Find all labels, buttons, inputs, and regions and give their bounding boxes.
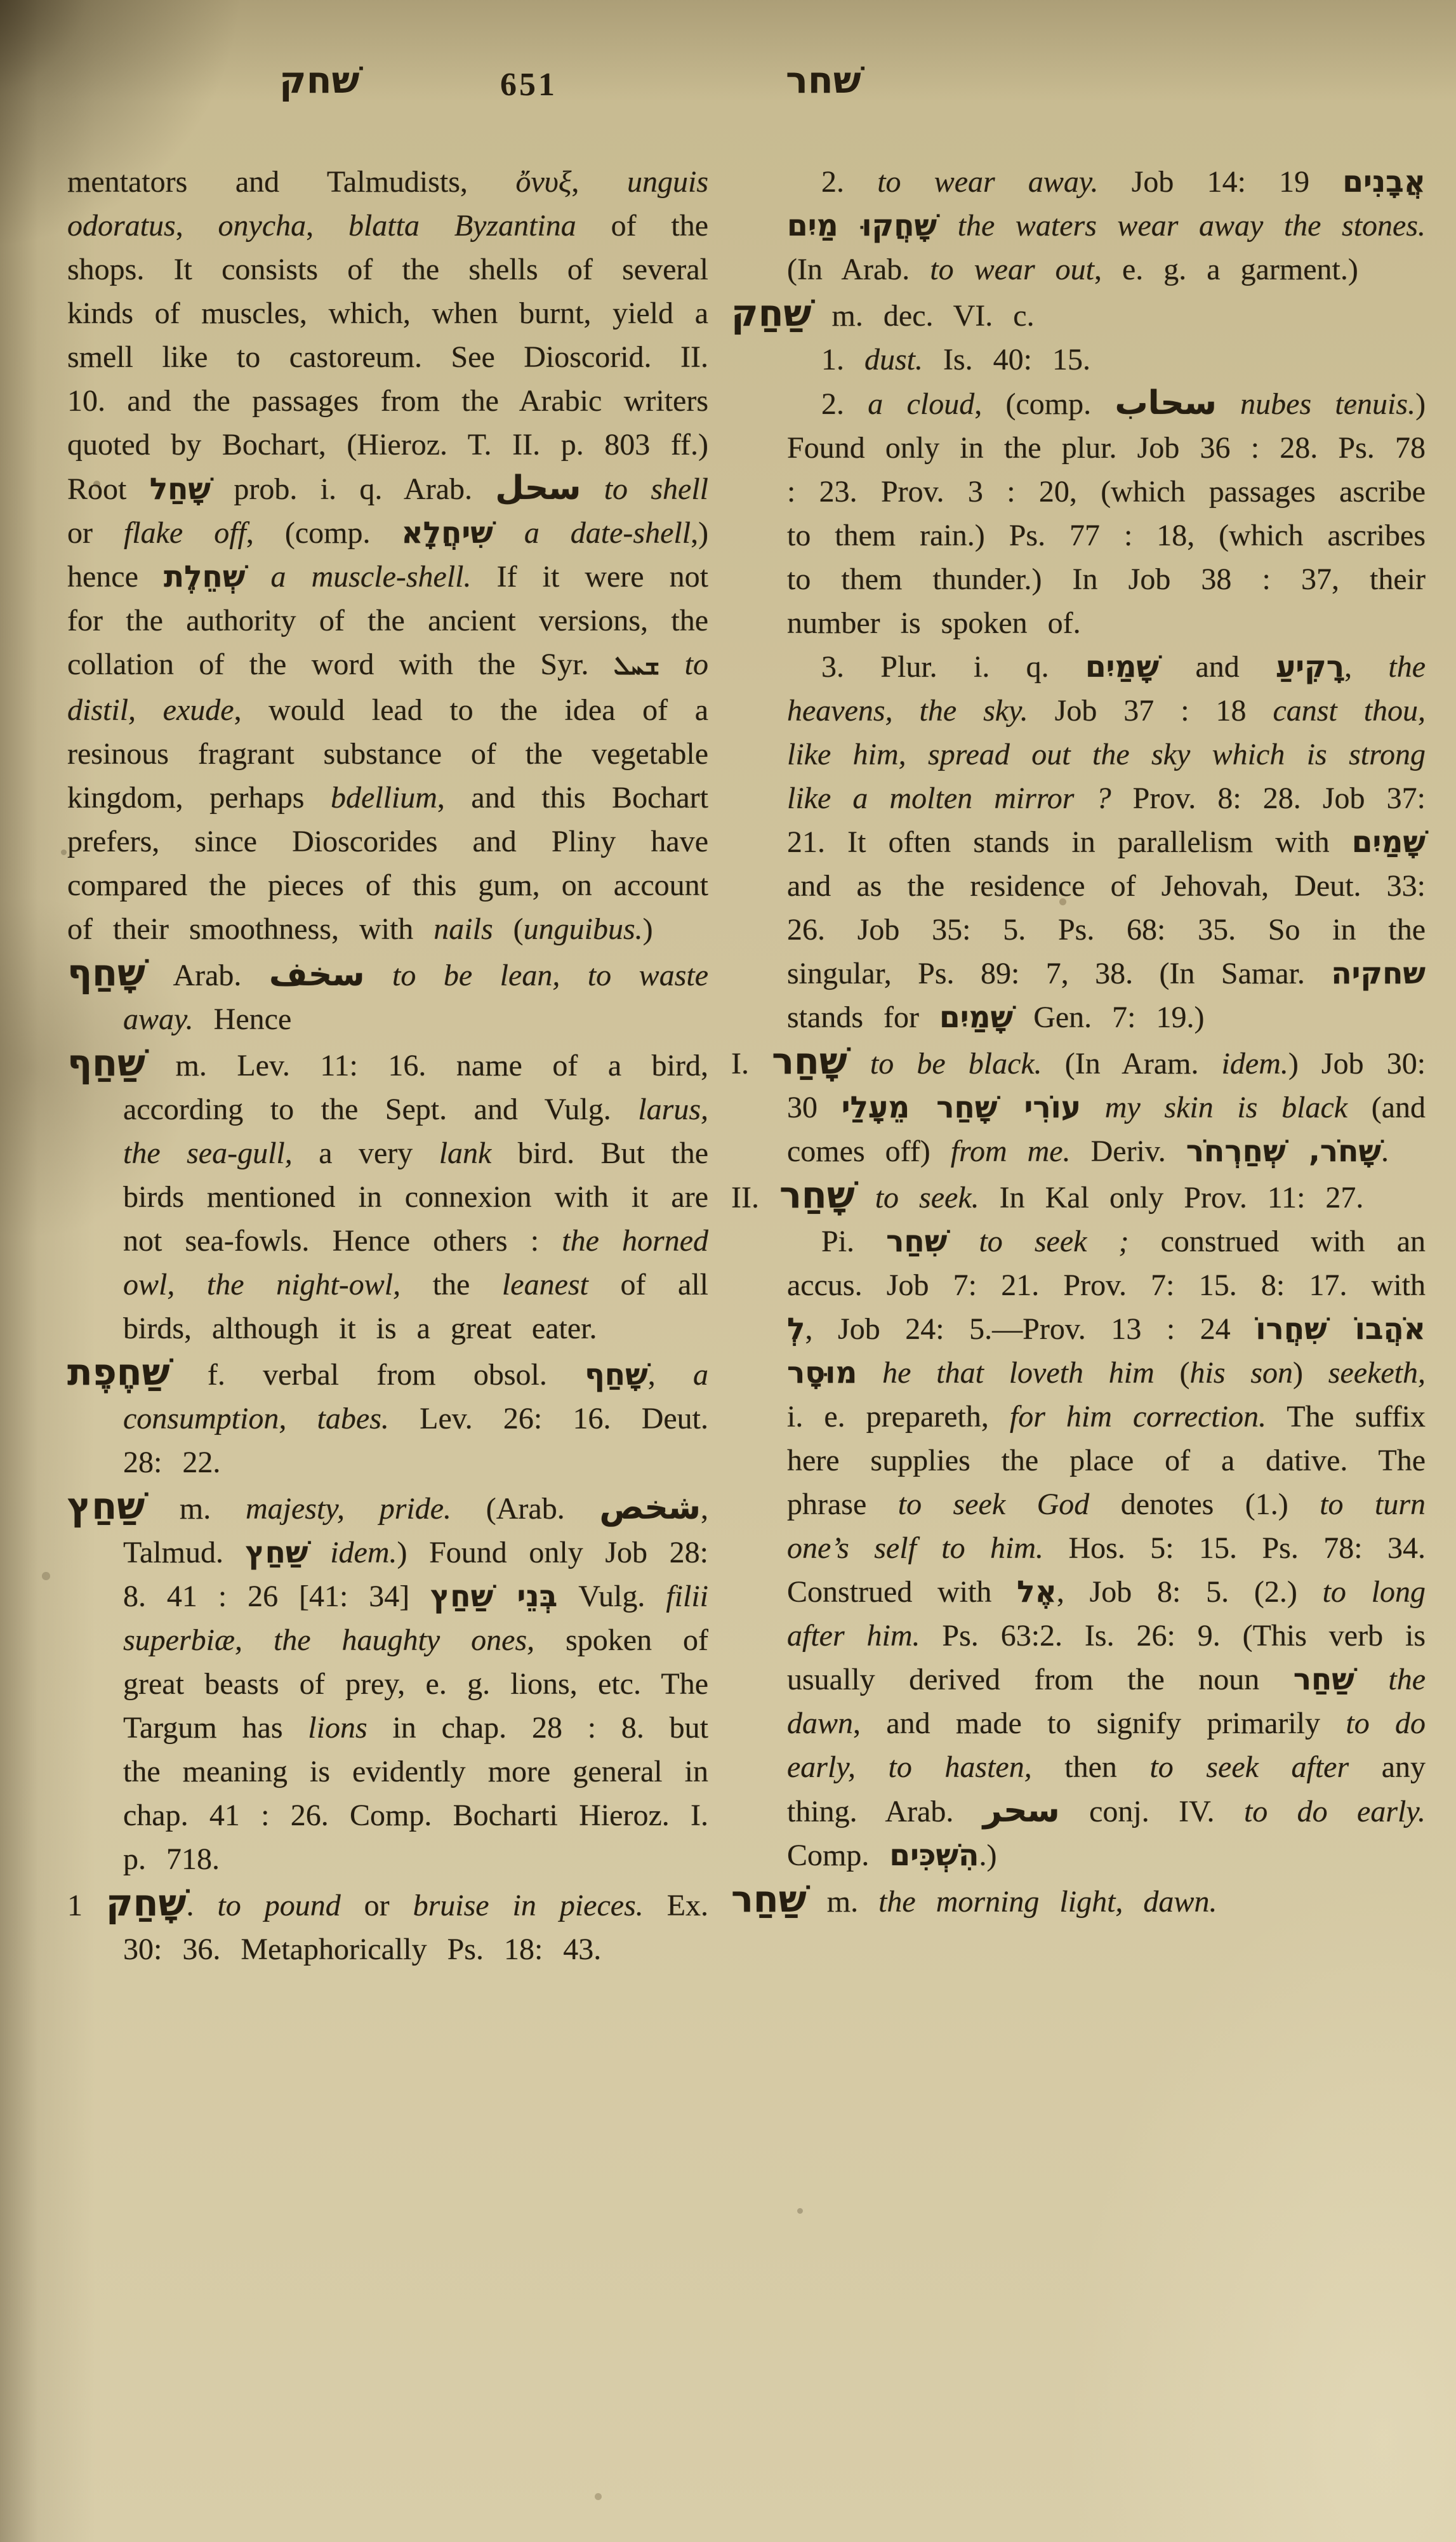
arabic-text: سحر xyxy=(983,1792,1060,1830)
hebrew-headword: שַׁחַף xyxy=(67,1041,145,1084)
text: m. xyxy=(807,1885,878,1919)
running-head-right: שׁחר xyxy=(786,58,861,102)
text: (In Aram. xyxy=(1042,1047,1222,1081)
text: m. Lev. 11: 16. name of a bird, accordin… xyxy=(123,1049,708,1126)
entry-shachats: שַׁחַץ m. majesty, pride. (Arab. شخص, Ta… xyxy=(67,1484,708,1881)
italic-text: to seek ; xyxy=(979,1225,1128,1258)
text: I. xyxy=(731,1047,772,1081)
text: Deriv. xyxy=(1071,1135,1186,1168)
italic-text: his son xyxy=(1190,1356,1293,1390)
text: 1. xyxy=(821,343,864,376)
italic-text: lions xyxy=(308,1711,367,1745)
sense-wear-away: 2. to wear away. Job 14: 19 אֲבָנִים שָׁ… xyxy=(731,160,1426,291)
sense-dust: 1. dust. Is. 40: 15. xyxy=(731,338,1426,382)
italic-text: a cloud xyxy=(868,387,974,421)
italic-text: blatta Byzantina xyxy=(348,209,576,243)
page-stain xyxy=(0,0,3,3)
text xyxy=(1217,387,1240,421)
entry-shachaq-verb: שָׁחַק 1. to pound or bruise in pieces. … xyxy=(67,1881,708,1971)
text: , xyxy=(571,165,627,199)
text: ( xyxy=(1155,1356,1190,1390)
running-head-left: שׁחק xyxy=(279,58,360,102)
text: and xyxy=(1159,650,1276,684)
italic-text: to wear away. xyxy=(877,165,1098,199)
text xyxy=(937,209,958,243)
scanned-lexicon-page: שׁחק 651 שׁחר mentators and Talmudists, … xyxy=(0,0,1456,2542)
entry-shachepheth: שַׁחֶפֶת f. verbal from obsol. שָׁחַף, a… xyxy=(67,1350,708,1484)
italic-text: lank xyxy=(439,1136,492,1170)
italic-text: to shell xyxy=(604,472,708,506)
text: or xyxy=(341,1889,413,1922)
text xyxy=(855,1181,875,1214)
hebrew-headword: שַׁחַץ xyxy=(67,1484,145,1527)
italic-text: leanest xyxy=(502,1268,588,1301)
text: Pi. xyxy=(821,1225,886,1258)
arabic-text: شخص xyxy=(599,1489,701,1527)
text: , and made to signify primarily xyxy=(853,1707,1346,1740)
italic-text: a muscle-shell. xyxy=(271,560,472,594)
hebrew-text: אֶל xyxy=(1017,1574,1057,1609)
italic-text: to pound xyxy=(217,1889,340,1922)
text: and as the residence of Jehovah, Deut. 3… xyxy=(787,869,1426,990)
hebrew-text: רָקִיעַ xyxy=(1276,649,1344,684)
text: m. dec. VI. c. xyxy=(812,299,1035,333)
text: , xyxy=(648,1358,693,1392)
text xyxy=(365,959,393,992)
text: Hence xyxy=(194,1002,292,1036)
right-column: 2. to wear away. Job 14: 19 אֲבָנִים שָׁ… xyxy=(731,160,1426,1971)
text: Job 37 : 18 xyxy=(1028,694,1273,728)
text: 2. xyxy=(821,387,868,421)
text xyxy=(659,648,684,681)
text: prob. i. q. Arab. xyxy=(211,472,495,506)
italic-text: to seek God xyxy=(898,1487,1090,1521)
text: the xyxy=(400,1268,502,1301)
text: ) xyxy=(643,912,653,946)
italic-text: seeketh, xyxy=(1328,1356,1426,1390)
entry-shachaq-noun: שַׁחַק m. dec. VI. c. xyxy=(731,291,1426,338)
text: Gen. 7: 19.) xyxy=(1013,1001,1204,1034)
hebrew-headword: שָׁחַק xyxy=(106,1881,187,1924)
entry-shachar-to-seek: II. שָׁחַר to seek. In Kal only Prov. 11… xyxy=(731,1173,1426,1220)
hebrew-text: שָׁמַיִם xyxy=(1085,649,1159,684)
italic-text: the waters wear away the stones. xyxy=(958,209,1426,243)
text xyxy=(1081,1091,1105,1124)
text: , (comp. xyxy=(246,516,402,550)
hebrew-text: שַׁחַר xyxy=(1294,1662,1354,1697)
text: m. xyxy=(145,1492,246,1526)
italic-text: idem. xyxy=(330,1536,397,1569)
text: stands for xyxy=(787,1001,939,1034)
arabic-text: سخف xyxy=(269,955,365,994)
italic-text: to be black. xyxy=(870,1047,1042,1081)
text xyxy=(947,1225,979,1258)
text: (Arab. xyxy=(451,1492,599,1526)
hebrew-text: שִׁיחֲלָא xyxy=(401,516,493,550)
text: denotes (1.) xyxy=(1089,1487,1320,1521)
hebrew-text: שִׁחַר xyxy=(886,1224,947,1259)
italic-text: from me. xyxy=(951,1135,1071,1168)
text: Vulg. xyxy=(557,1580,666,1613)
italic-text: flake off xyxy=(124,516,246,550)
text: of the shops. It consists of the shells … xyxy=(67,209,708,506)
text: , xyxy=(1344,650,1388,684)
text: (In Arab. xyxy=(787,253,930,286)
text xyxy=(581,472,604,506)
text: In Kal only Prov. 11: 27. xyxy=(979,1181,1364,1214)
entry-shachar-to-be-black: I. שָׁחַר to be black. (In Aram. idem.) … xyxy=(731,1039,1426,1173)
text: , xyxy=(176,209,218,243)
hebrew-text: בְּנֵי שַׁחַץ xyxy=(430,1579,557,1614)
text: Is. 40: 15. xyxy=(923,343,1090,376)
italic-text: the morning light, dawn. xyxy=(878,1885,1217,1919)
page-number: 651 xyxy=(500,66,557,103)
italic-text: dust. xyxy=(864,343,923,376)
text: conj. IV. xyxy=(1060,1795,1244,1828)
sense-heavens: 3. Plur. i. q. שָׁמַיִם and רָקִיעַ, the… xyxy=(731,645,1426,1039)
text: , e. g. a garment.) xyxy=(1094,253,1358,286)
text: then xyxy=(1032,1750,1150,1784)
text: Job 14: 19 xyxy=(1099,165,1343,199)
text: or xyxy=(67,516,124,550)
text: ( xyxy=(493,912,524,946)
hebrew-headword: שַׁחַר xyxy=(731,1877,807,1920)
italic-text: to do early. xyxy=(1244,1795,1426,1828)
hebrew-text: הִשְׁכִּים xyxy=(889,1838,979,1873)
hebrew-text: שָׁחַף xyxy=(585,1357,648,1392)
text: Comp. xyxy=(787,1839,889,1872)
hebrew-text: שָׁחֹר, שְׁחַרְחֹר xyxy=(1186,1134,1381,1169)
text: , xyxy=(306,209,348,243)
text xyxy=(245,560,270,594)
hebrew-headword: שַׁחַק xyxy=(731,291,812,335)
text: ) Found only in the plur. Job 36 : 28. P… xyxy=(787,387,1426,640)
italic-text: idem. xyxy=(1222,1047,1288,1081)
greek-text: ὄνυξ xyxy=(516,165,572,199)
entry-shecheleth-continuation: mentators and Talmudists, ὄνυξ, unguis o… xyxy=(67,160,708,951)
italic-text: bruise in pieces. xyxy=(413,1889,644,1922)
text xyxy=(1354,1663,1388,1696)
text: , Job 8: 5. (2.) xyxy=(1057,1575,1323,1609)
text: ) xyxy=(1293,1356,1328,1390)
sense-cloud: 2. a cloud, (comp. سحاب nubes tenuis.) F… xyxy=(731,382,1426,645)
hebrew-text: שַׁחַץ xyxy=(246,1535,308,1570)
italic-text: my skin is black xyxy=(1105,1091,1347,1124)
italic-text: to wear out xyxy=(930,253,1094,286)
text: 2. xyxy=(821,165,877,199)
hebrew-headword: שָׁחַר xyxy=(779,1173,855,1216)
text: , Job 24: 5.—Prov. 13 : 24 xyxy=(805,1312,1255,1346)
italic-text: to seek after xyxy=(1149,1750,1349,1784)
text xyxy=(308,1536,331,1569)
hebrew-text: שָׁמַיִם xyxy=(1352,825,1426,860)
italic-text: bdellium xyxy=(331,781,437,815)
italic-text: he that loveth him xyxy=(882,1356,1155,1390)
italic-text: nails xyxy=(433,912,493,946)
hebrew-headword: שַׁחֶפֶת xyxy=(67,1350,170,1394)
hebrew-text: עוֹרִי שָׁחַר מֵעָלַי xyxy=(842,1090,1081,1125)
arabic-text: سحل xyxy=(495,469,581,507)
entry-shachaph-verb: שָׁחַף Arab. سخف to be lean, to waste aw… xyxy=(67,951,708,1041)
hebrew-headword: שָׁחַר xyxy=(772,1039,847,1082)
hebrew-text: לְ xyxy=(787,1312,805,1347)
paragraph-piel: Pi. שִׁחַר to seek ; construed with an a… xyxy=(731,1220,1426,1877)
text: . xyxy=(1381,1135,1389,1168)
italic-text: majesty, pride. xyxy=(246,1492,451,1526)
text: II. xyxy=(731,1181,779,1214)
italic-text: to seek. xyxy=(875,1181,979,1214)
text: i. e. prepareth, xyxy=(787,1400,1010,1434)
text: f. verbal from obsol. xyxy=(170,1358,585,1392)
left-column: mentators and Talmudists, ὄνυξ, unguis o… xyxy=(67,160,708,1971)
text: .) xyxy=(979,1839,996,1872)
text-columns: mentators and Talmudists, ὄνυξ, unguis o… xyxy=(67,160,1426,1971)
text xyxy=(857,1356,882,1390)
text: Arab. xyxy=(145,959,269,992)
hebrew-headword: שָׁחַף xyxy=(67,951,145,994)
italic-text: onycha xyxy=(218,209,307,243)
text: mentators and Talmudists, xyxy=(67,165,516,199)
syriac-text: ܫܚܠ xyxy=(614,651,659,681)
text: a very xyxy=(293,1136,439,1170)
text: 3. Plur. i. q. xyxy=(821,650,1085,684)
hebrew-text: שָׁחַל xyxy=(150,472,211,507)
text: , (comp. xyxy=(974,387,1115,421)
italic-text: unguibus. xyxy=(524,912,643,946)
italic-text: a date-shell xyxy=(524,516,691,550)
hebrew-text: שָׁמַיִם xyxy=(939,1000,1013,1035)
italic-text: for him correction. xyxy=(1010,1400,1266,1434)
entry-shachaph-bird: שַׁחַף m. Lev. 11: 16. name of a bird, a… xyxy=(67,1041,708,1350)
text xyxy=(493,516,524,550)
hebrew-text: שחקיה xyxy=(1331,956,1426,991)
entry-shachar-dawn: שַׁחַר m. the morning light, dawn. xyxy=(731,1877,1426,1924)
italic-text: nubes tenuis. xyxy=(1240,387,1415,421)
hebrew-text: שְׁחֵלֶת xyxy=(164,559,245,594)
arabic-text: سحاب xyxy=(1115,384,1216,422)
text xyxy=(847,1047,870,1081)
